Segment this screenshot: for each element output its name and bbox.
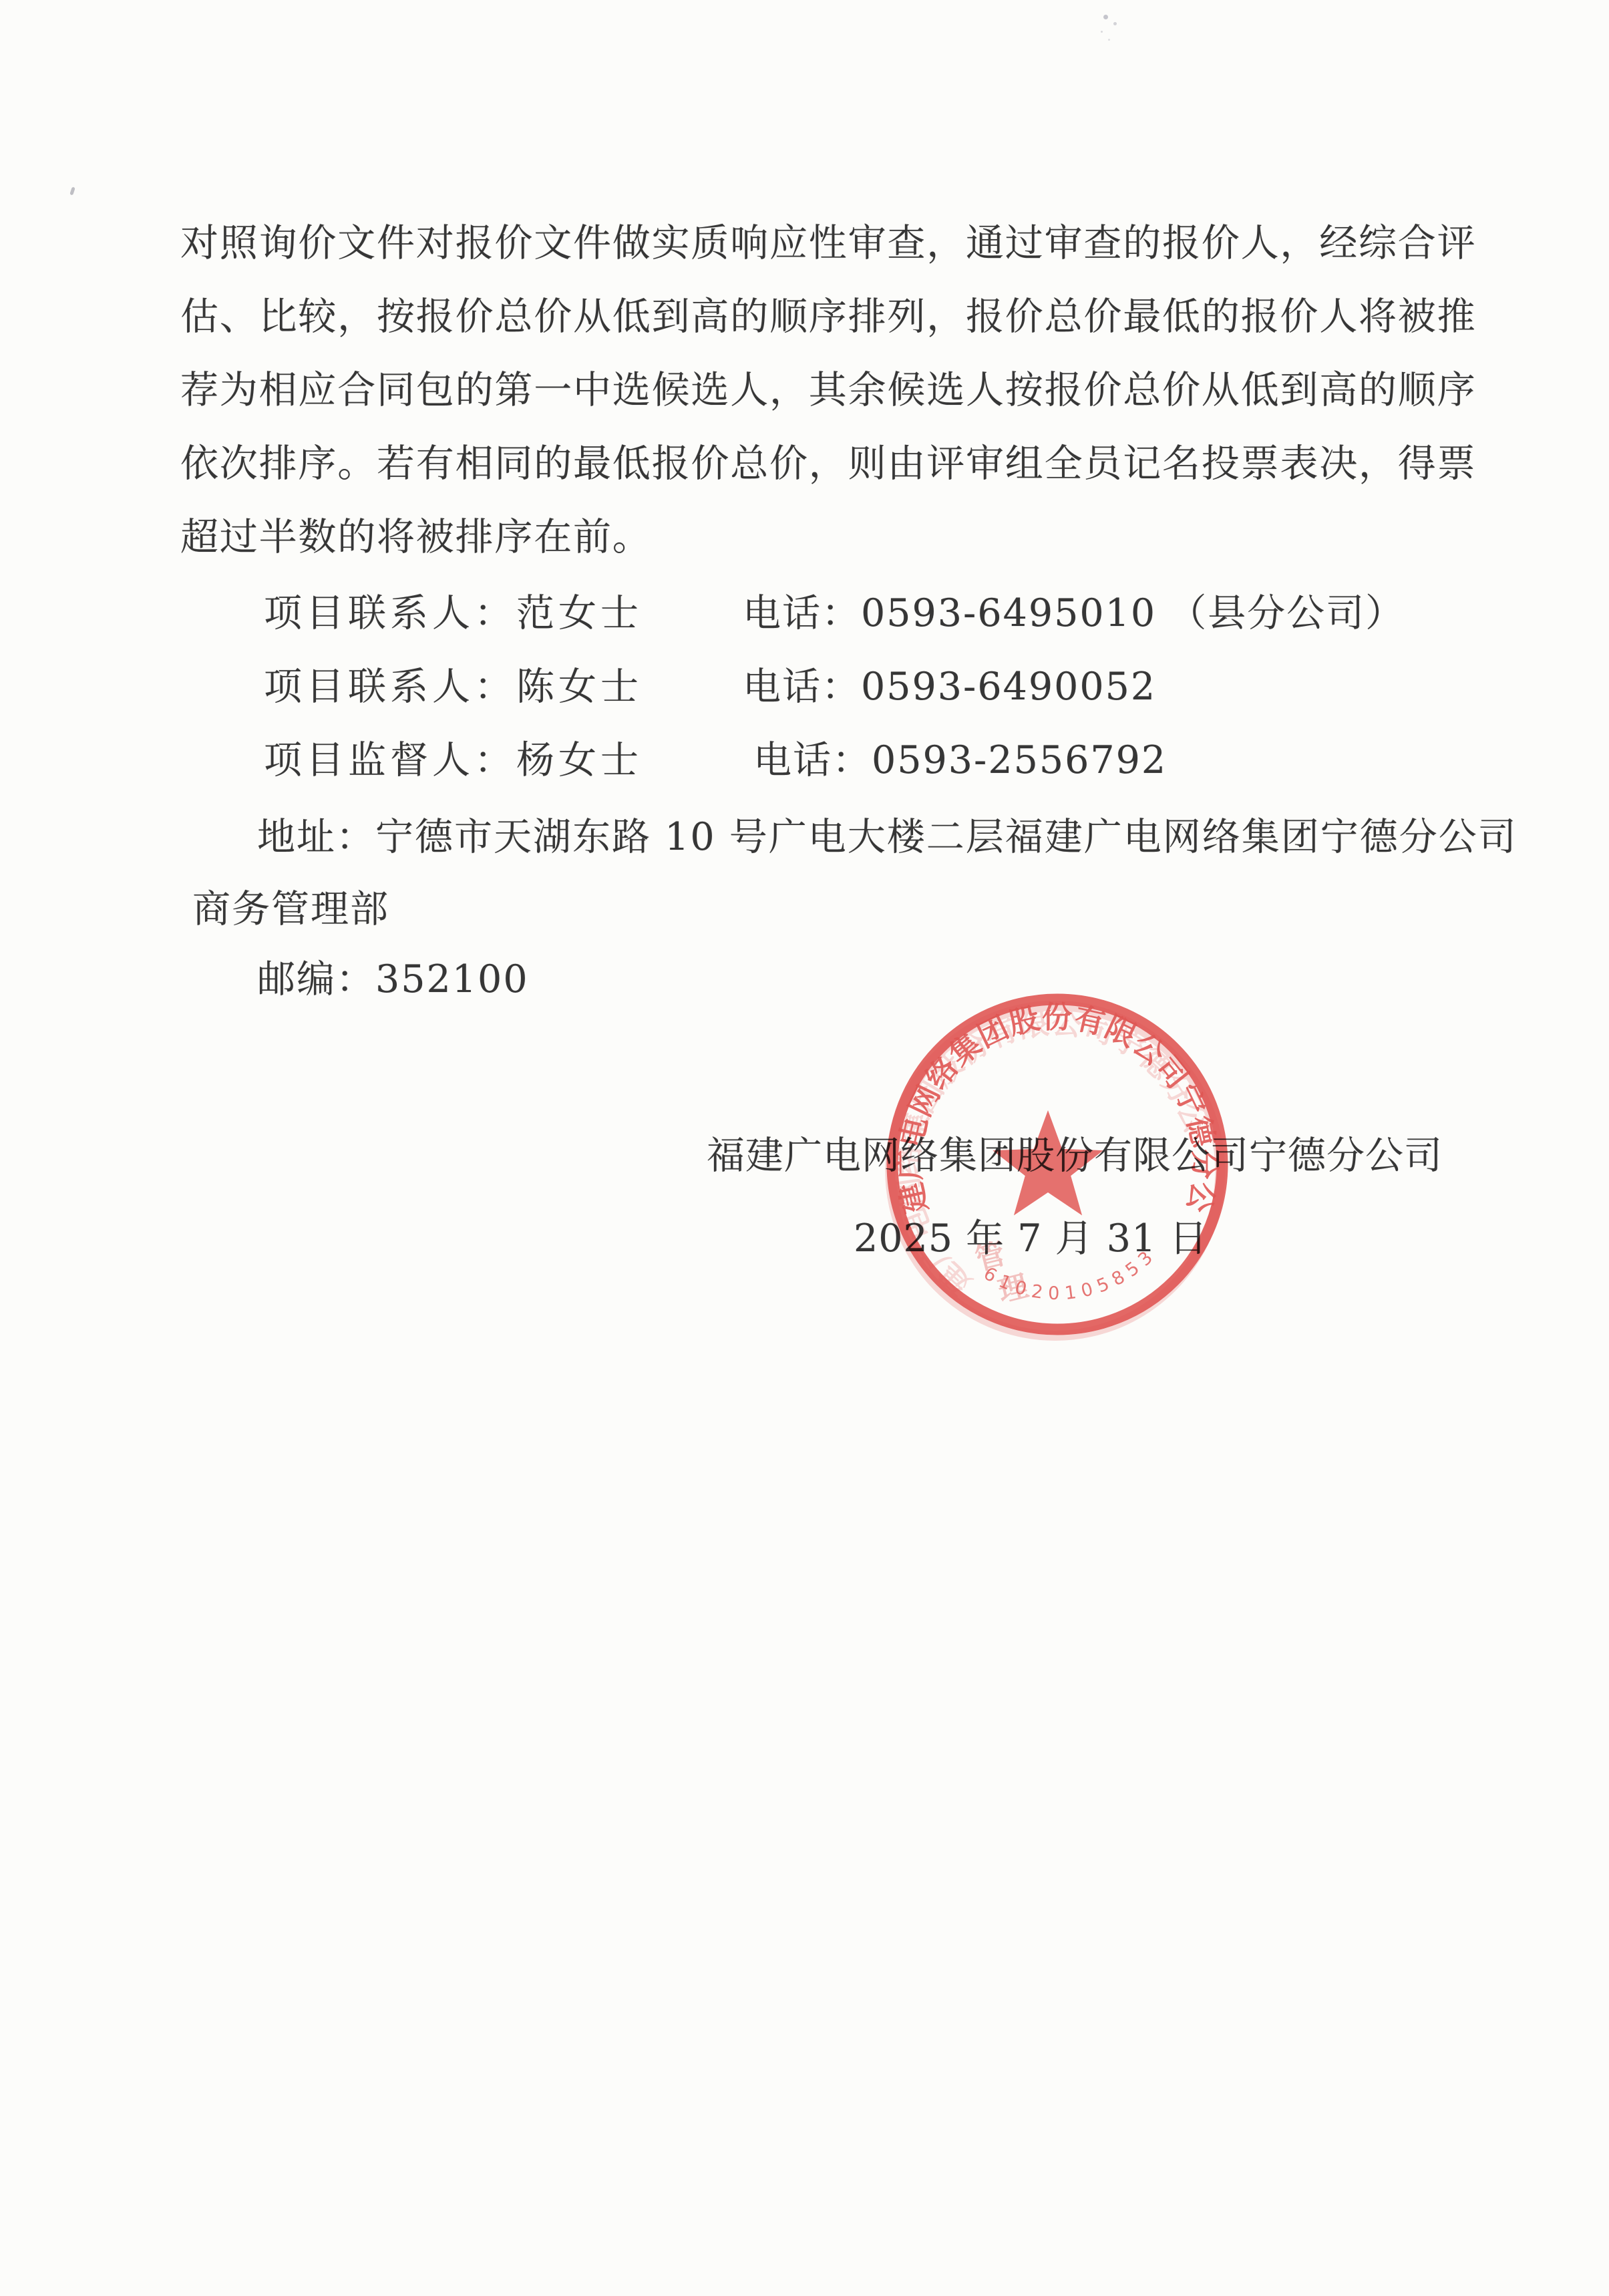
paragraph-line-5: 超过半数的将被排序在前。	[180, 506, 652, 561]
paragraph-line-1: 对照询价文件对报价文件做实质响应性审查，通过审查的报价人，经综合评	[180, 212, 1476, 267]
paragraph-line-4: 依次排序。若有相同的最低报价总价，则由评审组全员记名投票表决，得票	[180, 433, 1476, 488]
contact-1-phone-number: 电话：0593-6495010	[743, 591, 1156, 635]
seal-star-icon	[993, 1110, 1103, 1215]
contact-3-phone-number: 电话：0593-2556792	[753, 738, 1167, 782]
contact-2-label: 项目联系人：陈女士	[264, 656, 643, 711]
paragraph-line-3: 荐为相应合同包的第一中选候选人，其余候选人按报价总价从低到高的顺序	[180, 359, 1476, 414]
official-seal-stamp: 福建广电网络集团股份有限公司宁德分公司 管 理 福建广电网络集团股份有限公司宁德…	[870, 977, 1244, 1351]
contact-1-note: （县分公司）	[1168, 591, 1405, 635]
contact-1-phone: 电话：0593-6495010（县分公司）	[743, 583, 1405, 637]
contact-3-label: 项目监督人：杨女士	[264, 729, 643, 784]
contact-2-phone-number: 电话：0593-6490052	[743, 665, 1156, 709]
paragraph-line-2: 估、比较，按报价总价从低到高的顺序排列，报价总价最低的报价人将被推	[180, 286, 1476, 341]
scanned-document-page: 对照询价文件对报价文件做实质响应性审查，通过审查的报价人，经综合评 估、比较，按…	[0, 0, 1609, 2296]
address-line-1: 地址：宁德市天湖东路 10 号广电大楼二层福建广电网络集团宁德分公司	[257, 806, 1517, 861]
address-line-2: 商务管理部	[192, 878, 389, 933]
contact-1-label: 项目联系人：范女士	[264, 583, 643, 637]
scan-speck	[69, 187, 75, 196]
scan-speck	[1103, 15, 1108, 19]
postal-code: 邮编：352100	[257, 949, 529, 1003]
contact-3-phone: 电话：0593-2556792	[753, 729, 1167, 784]
contact-2-phone: 电话：0593-6490052	[743, 656, 1156, 711]
